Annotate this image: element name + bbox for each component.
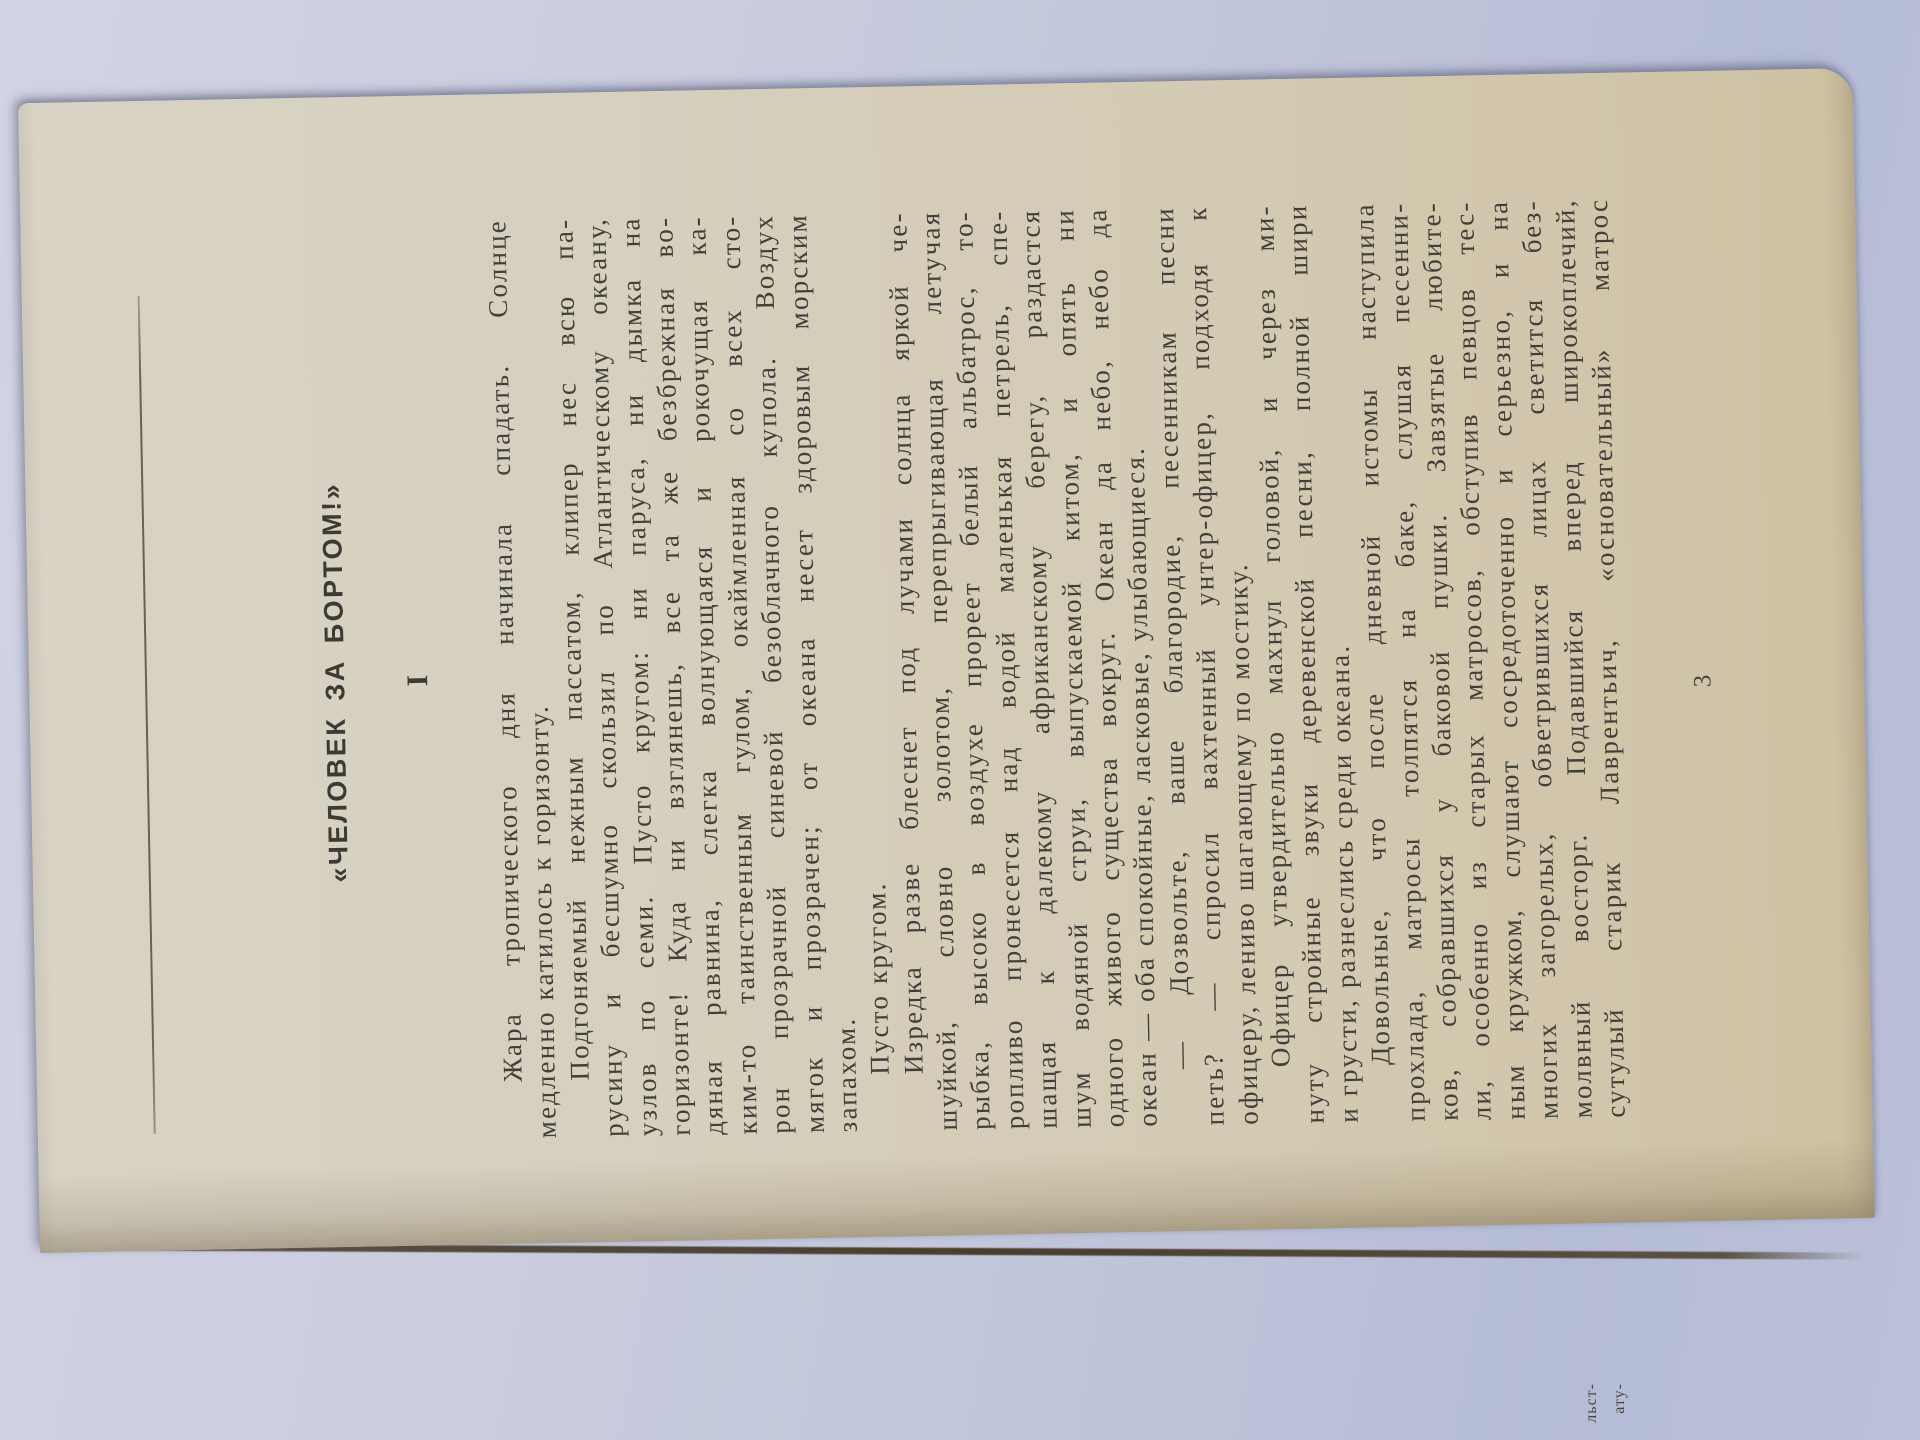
book-page: «ЧЕЛОВЕК ЗА БОРТОМ!» I Жара тропического… xyxy=(18,68,1875,1253)
page-title: «ЧЕЛОВЕК ЗА БОРТОМ!» xyxy=(311,222,360,1142)
underlying-page-text: льст-ату- xyxy=(1578,1383,1634,1440)
underlying-page-text-fragment: льст- xyxy=(1578,1383,1606,1440)
underlying-page-text-fragment: ату- xyxy=(1606,1383,1634,1440)
book-photo-scene: льст-ату- «ЧЕЛОВЕК ЗА БОРТОМ!» I Жара тр… xyxy=(0,0,1920,1440)
chapter-numeral: I xyxy=(392,220,444,1140)
leaf-edge-line xyxy=(138,296,156,1134)
text-block: Жара тропического дня начинала спадать. … xyxy=(480,198,1633,1140)
page-number: 3 xyxy=(1681,246,1726,1116)
